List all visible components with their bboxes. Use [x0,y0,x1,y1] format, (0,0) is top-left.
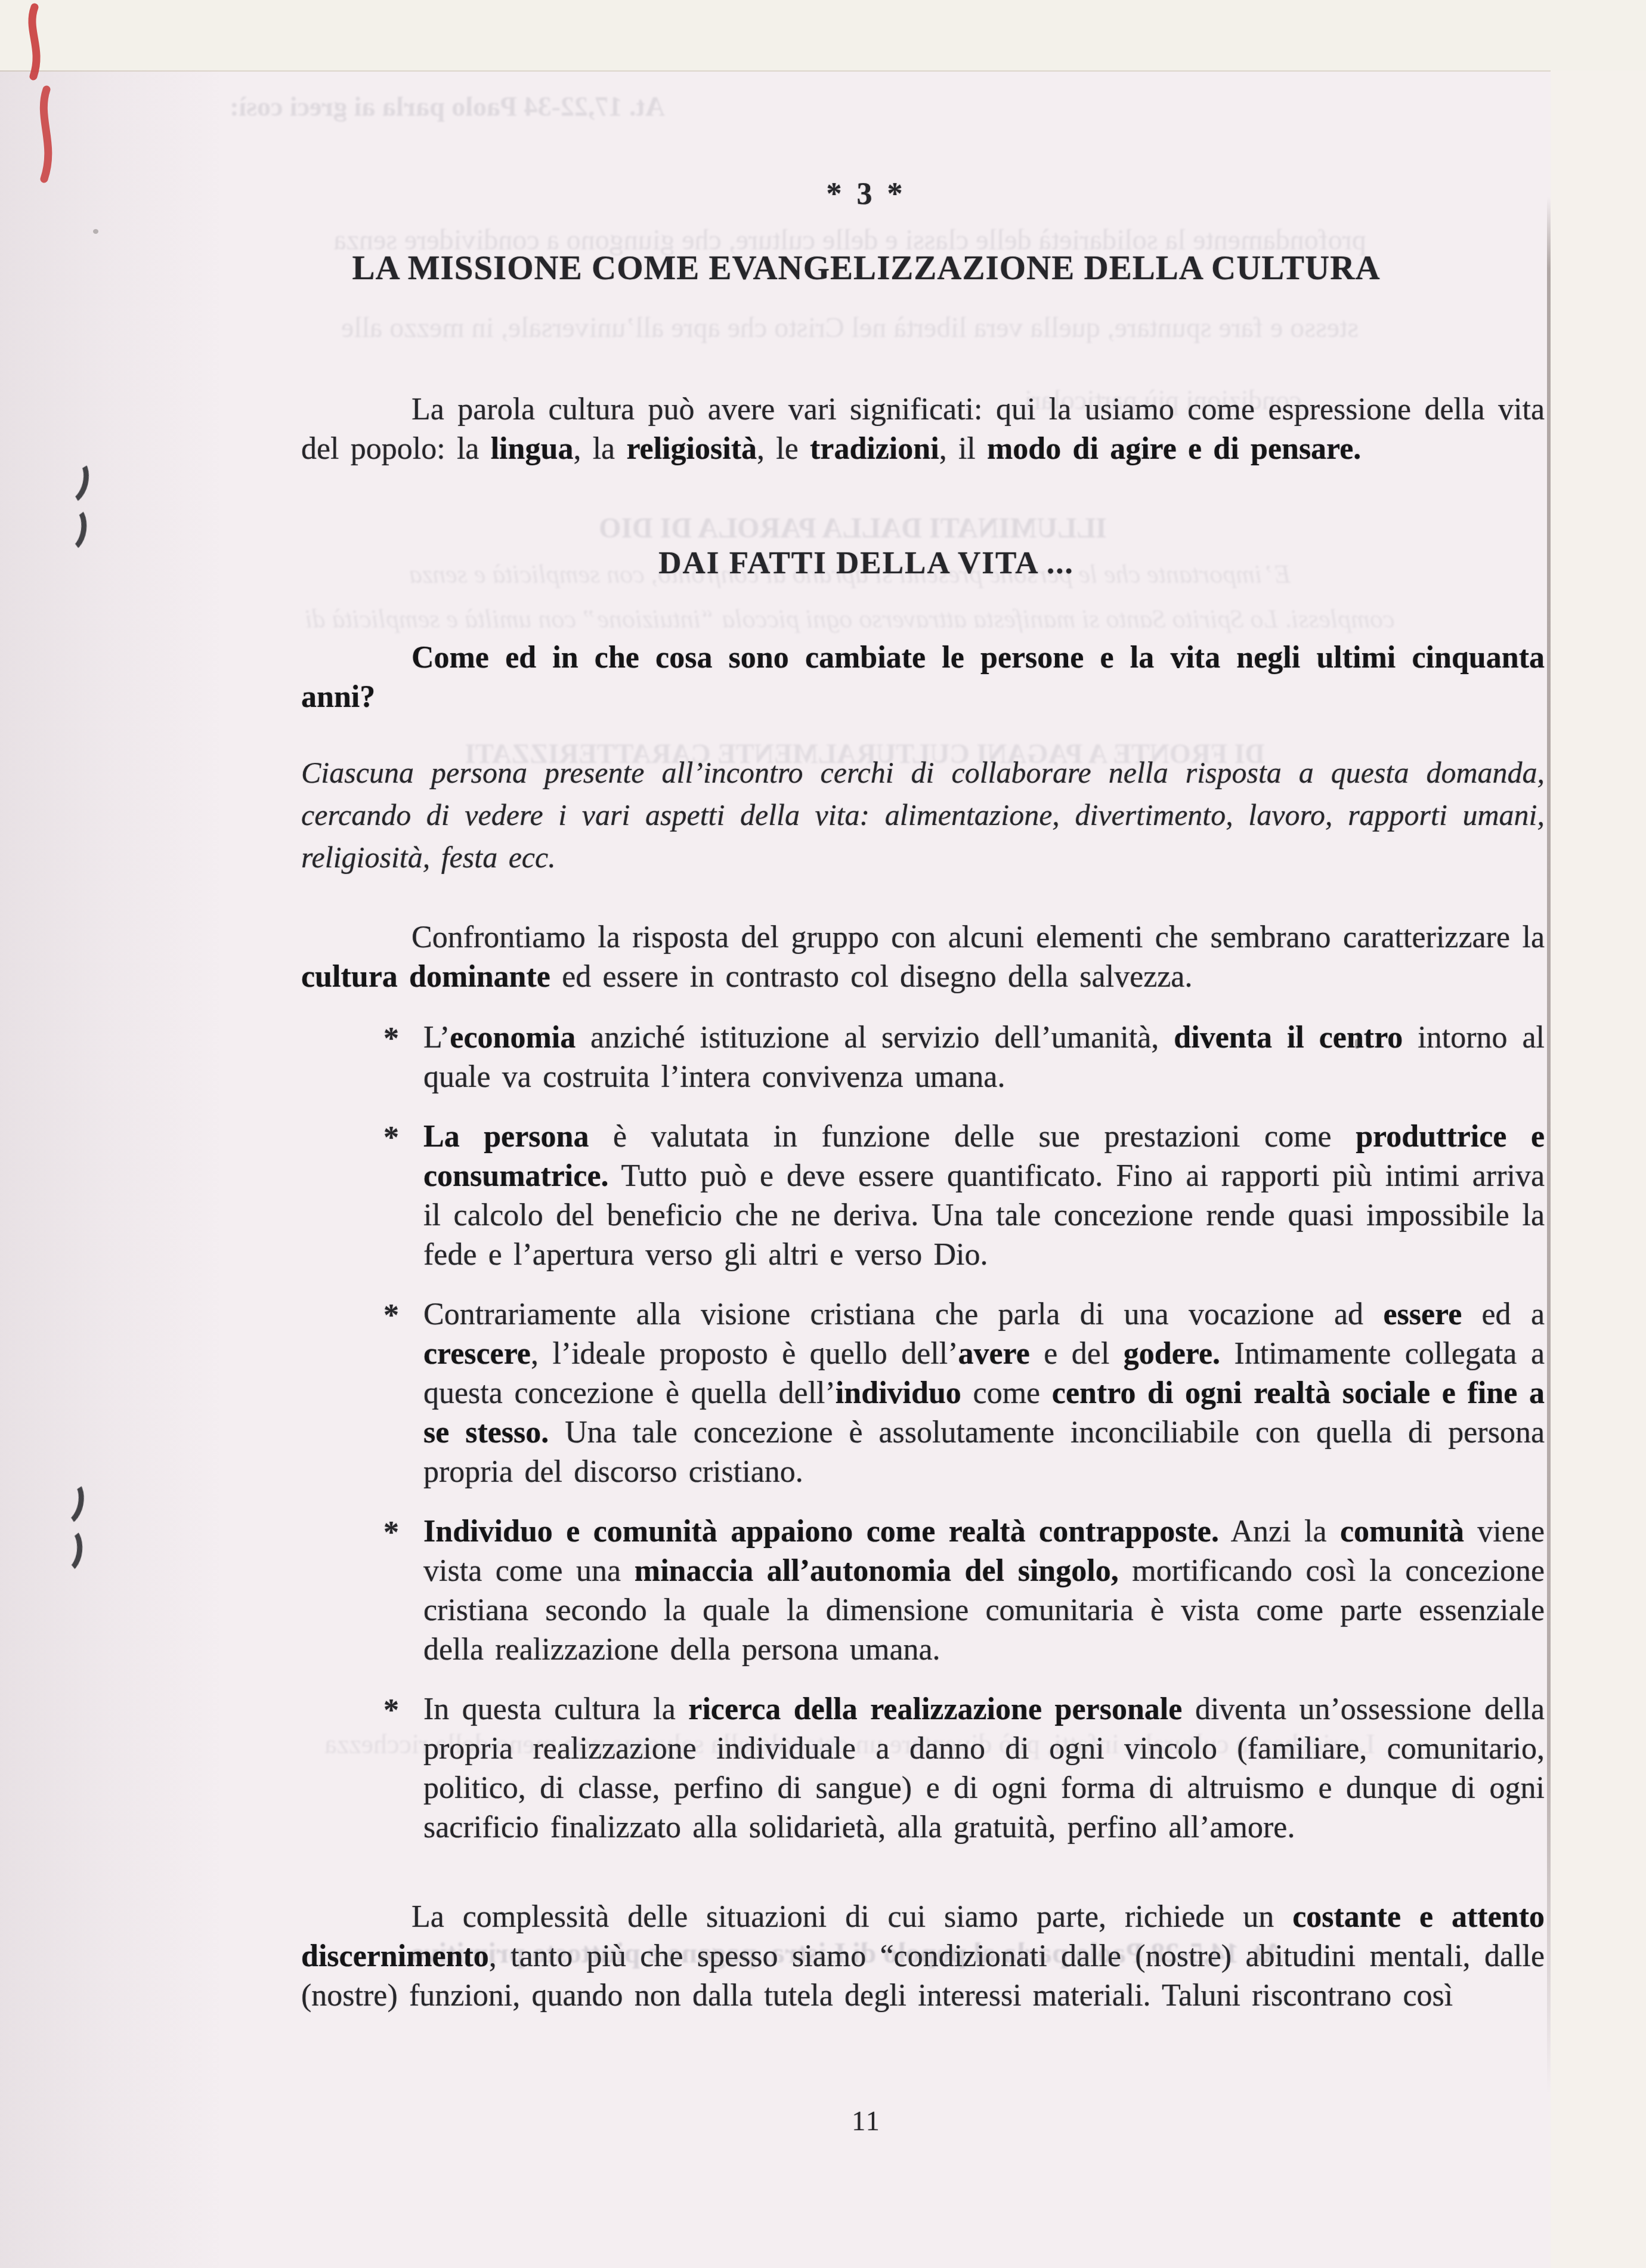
text-run: tradizioni [810,432,939,466]
text-run: In questa cultura la [423,1692,688,1726]
scanned-document-page: At. 17,22-34 Paolo parla ai greci così: … [0,0,1646,2268]
page-marker: * 3 * [245,177,1488,212]
text-run: Individuo e comunità appaiono come realt… [423,1515,1219,1549]
text-run: come [961,1376,1052,1410]
text-run: , la [573,432,626,466]
document-content: * 3 * LA MISSIONE COME EVANGELIZZAZIONE … [301,0,1545,2137]
text-run: minaccia all’autonomia del singolo, [635,1554,1119,1588]
paragraph-confronto: Confrontiamo la risposta del gruppo con … [301,918,1545,997]
text-run: essere [1383,1297,1462,1331]
text-run: , l’ideale proposto è quello dell’ [531,1337,958,1371]
page-right-margin-area [1551,70,1646,2268]
text-run: ed essere in contrasto col disegno della… [550,960,1193,994]
binding-shadow [0,70,250,2268]
bullet-asterisk: * [383,1019,399,1059]
section-heading: DAI FATTI DELLA VITA ... [245,545,1488,581]
bullet-item-economia: *L’economia anziché istituzione al servi… [301,1018,1545,1097]
text-run: ed a [1462,1297,1545,1331]
text-run: lingua [491,432,574,466]
bullet-list: *L’economia anziché istituzione al servi… [301,1018,1545,1847]
text-run: Come ed in che cosa sono cambiate le per… [301,641,1545,714]
text-run: Ciascuna persona presente all’incontro c… [301,756,1545,874]
bullet-asterisk: * [383,1296,399,1336]
text-run: godere. [1124,1337,1220,1371]
text-run: comunità [1340,1515,1464,1549]
text-run: economia [450,1021,576,1055]
paper-speck [93,229,98,234]
bullet-item-persona: *La persona è valutata in funzione delle… [301,1117,1545,1275]
text-run: La persona [423,1120,589,1154]
page-edge-shadow [1547,197,1551,2094]
bullet-asterisk: * [383,1118,399,1158]
bullet-asterisk: * [383,1513,399,1553]
text-run: e del [1030,1337,1124,1371]
text-run: Anzi la [1219,1515,1340,1549]
paragraph-closing: La complessità delle situazioni di cui s… [301,1898,1545,2016]
text-run: avere [958,1337,1030,1371]
text-run: Contrariamente alla visione cristiana ch… [423,1297,1383,1331]
text-run: cultura dominante [301,960,550,994]
red-pen-marks [4,1,99,216]
page-title: LA MISSIONE COME EVANGELIZZAZIONE DELLA … [245,249,1488,288]
text-run: diventa il centro [1174,1021,1403,1055]
bullet-item-individuo-comunita: *Individuo e comunità appaiono come real… [301,1512,1545,1670]
text-run: ricerca della realizzazione personale [688,1692,1182,1726]
text-run: , il [939,432,987,466]
text-run: crescere [423,1337,531,1371]
bullet-item-essere-crescere: *Contrariamente alla visione cristiana c… [301,1295,1545,1492]
paragraph-question: Come ed in che cosa sono cambiate le per… [301,638,1545,717]
paragraph-intro: La parola cultura può avere vari signifi… [301,390,1545,469]
text-run: La complessità delle situazioni di cui s… [411,1900,1292,1934]
text-run: Confrontiamo la risposta del gruppo con … [411,920,1545,954]
text-run: , le [757,432,810,466]
paragraph-instruction: Ciascuna persona presente all’incontro c… [301,752,1545,879]
text-run: modo di agire e di pensare. [987,432,1361,466]
bullet-asterisk: * [383,1691,399,1731]
page-number: 11 [245,2105,1488,2137]
text-run: è valutata in funzione delle sue prestaz… [589,1120,1356,1154]
text-run: L’ [423,1021,450,1055]
text-run: anziché istituzione al servizio dell’uma… [576,1021,1174,1055]
text-run: religiosità [626,432,757,466]
text-run: Una tale concezione è assolutamente inco… [423,1416,1545,1489]
bullet-item-realizzazione: *In questa cultura la ricerca della real… [301,1690,1545,1847]
text-run: individuo [836,1376,961,1410]
